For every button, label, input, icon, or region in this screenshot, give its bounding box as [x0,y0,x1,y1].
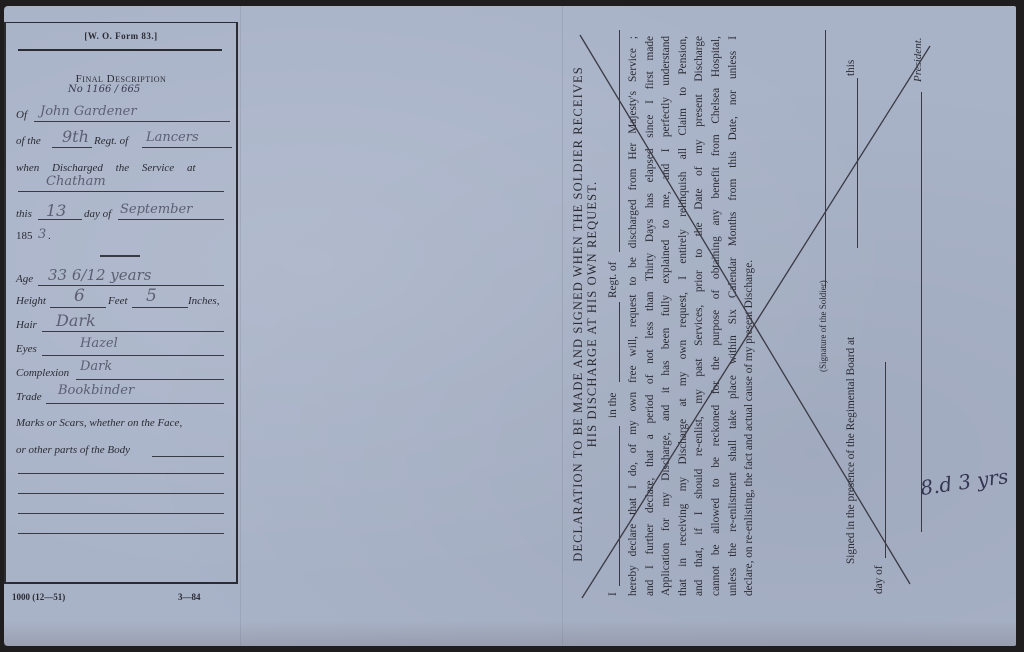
trade-line [46,403,224,404]
print-code-right: 3—84 [178,592,201,602]
regiment-type-line [142,147,232,148]
heading-line-2: HIS DISCHARGE AT HIS OWN REQUEST. [585,24,599,604]
declaration-body: hereby declare that I do, of my own free… [625,36,758,596]
regiment-type: Lancers [146,130,199,145]
marks-line [18,533,224,534]
intro-in-the: in the [607,393,619,418]
complexion-label: Complexion [16,367,69,379]
marks-label-2: or other parts of the Body [16,444,130,456]
name-blank [619,426,620,586]
age-label: Age [16,273,33,285]
body-line: that in receiving my Discharge at my own… [675,36,692,596]
of-label: Of [16,109,27,121]
height-feet: 6 [74,286,85,306]
divider [18,49,222,51]
regiment-number: 9th [62,127,89,146]
inches-label: Inches, [188,295,219,307]
body-line: and that, if I should re-enlist, my past… [691,36,708,596]
body-line: cannot be allowed to be reckoned for the… [708,36,725,596]
discharge-month: September [120,202,192,217]
height-label: Height [16,295,46,307]
intro-regt-of: Regt. of [607,262,619,298]
trade-value: Bookbinder [58,383,134,398]
year-punct: . [48,230,51,242]
final-description-card: [W. O. Form 83.] Final Description No 11… [4,22,238,584]
regt-of-blank [619,30,620,252]
day-of-line [885,362,886,558]
regt-blank [619,302,620,382]
eyes-line [42,355,224,356]
fold-line [240,6,241,646]
height-inches-line [132,307,188,308]
discharge-day: 13 [46,201,66,220]
marks-line [18,513,224,514]
board-location-line [857,78,858,248]
discharge-declaration: DECLARATION TO BE MADE AND SIGNED WHEN T… [563,24,943,604]
of-the-label: of the [16,135,41,147]
reference-number: No 1166 / 665 [68,84,140,95]
hair-value: Dark [56,311,96,330]
president-label: President. [912,38,924,83]
month-line [118,219,224,220]
feet-label: Feet [108,295,128,307]
signature-caption: (Signature of the Soldier) [818,280,828,372]
regt-of-label: Regt. of [94,135,128,147]
regiment-number-line [52,147,92,148]
complexion-value: Dark [80,359,112,374]
body-line: declare, on re-enlisting, the fact and a… [741,36,758,596]
marks-label: Marks or Scars, whether on the Face, [16,417,182,429]
height-feet-line [50,307,106,308]
heading-line-1: DECLARATION TO BE MADE AND SIGNED WHEN T… [571,24,585,604]
year-suffix: 3 [38,227,46,242]
marks-line [18,473,224,474]
trade-label: Trade [16,391,42,403]
soldier-signature-line [825,30,826,288]
discharged-label: when Discharged the Service at [16,162,196,174]
discharge-place-line [18,191,224,192]
year-prefix: 185 [16,230,33,242]
this-text: this [845,60,857,76]
marks-line [18,493,224,494]
soldier-name: John Gardener [40,104,137,119]
body-line: and I further declare, that a period of … [642,36,659,596]
form-number: [W. O. Form 83.] [6,31,236,41]
discharge-place: Chatham [46,174,106,189]
hair-line [42,331,224,332]
president-signature-line [921,92,922,532]
this-label: this [16,208,32,220]
body-line: Application for my Discharge, and it has… [658,36,675,596]
paper-stain [4,620,1016,646]
day-of-label: day of [84,208,111,220]
declaration-heading: DECLARATION TO BE MADE AND SIGNED WHEN T… [571,24,599,604]
age-line [38,285,224,286]
height-inches: 5 [146,286,157,306]
section-divider [100,255,140,257]
signed-text: Signed in the presence of the Regimental… [845,337,857,564]
hair-label: Hair [16,319,37,331]
age-value: 33 6/12 years [48,266,151,284]
body-line: hereby declare that I do, of my own free… [625,36,642,596]
print-code: 1000 (12—51) [12,592,65,602]
body-line: unless the re-enlistment shall take plac… [725,36,742,596]
eyes-label: Eyes [16,343,37,355]
marks-line [152,456,224,457]
intro-i: I [607,592,619,596]
name-line [34,121,230,122]
day-of-text: day of [873,565,885,594]
complexion-line [76,379,224,380]
eyes-value: Hazel [80,336,118,351]
